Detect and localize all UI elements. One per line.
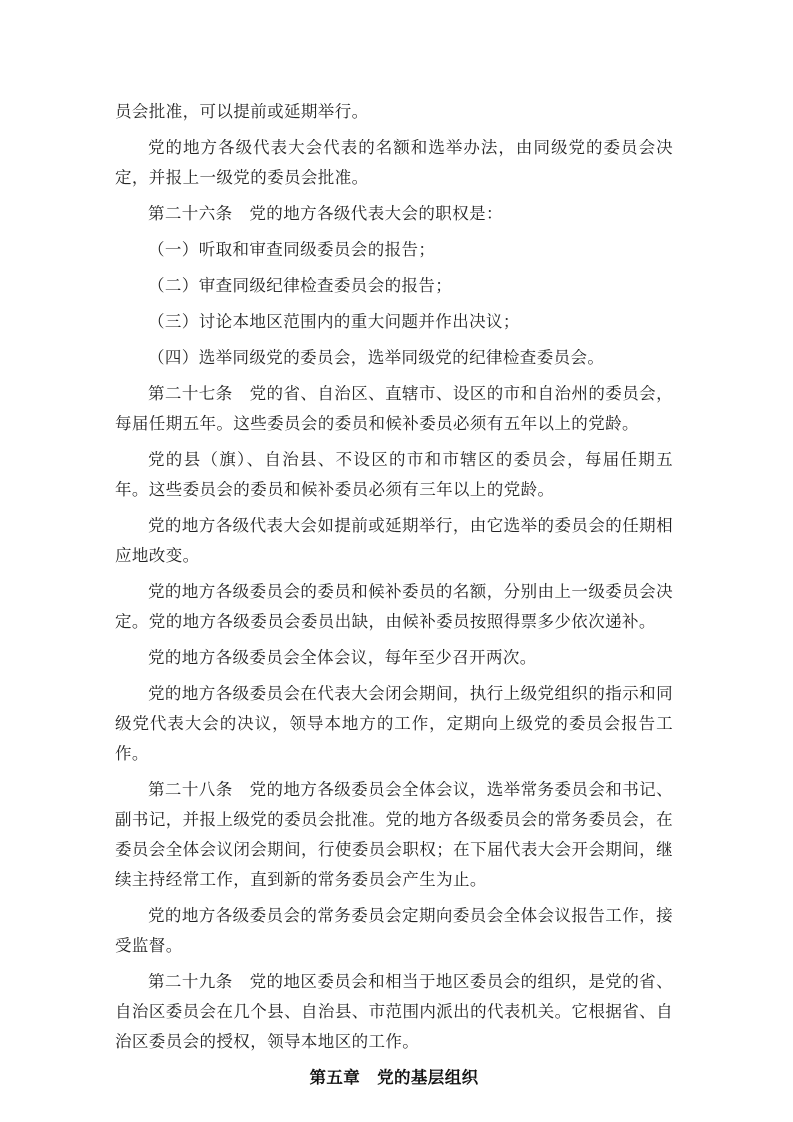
paragraph-member-quota: 党的地方各级委员会的委员和候补委员的名额，分别由上一级委员会决定。党的地方各级委… [115, 577, 673, 637]
article-27: 第二十七条 党的省、自治区、直辖市、设区的市和自治州的委员会，每届任期五年。这些… [115, 379, 673, 439]
article-26-item-3: （三）讨论本地区范围内的重大问题并作出决议； [115, 307, 673, 337]
paragraph-delegate-quota: 党的地方各级代表大会代表的名额和选举办法，由同级党的委员会决定，并报上一级党的委… [115, 133, 673, 193]
paragraph-term-change: 党的地方各级代表大会如提前或延期举行，由它选举的委员会的任期相应地改变。 [115, 511, 673, 571]
article-26-item-2: （二）审查同级纪律检查委员会的报告； [115, 271, 673, 301]
article-26-item-1: （一）听取和审查同级委员会的报告； [115, 235, 673, 265]
article-26-item-4: （四）选举同级党的委员会，选举同级党的纪律检查委员会。 [115, 343, 673, 373]
paragraph-standing-committee-report: 党的地方各级委员会的常务委员会定期向委员会全体会议报告工作，接受监督。 [115, 901, 673, 961]
document-page: 员会批准，可以提前或延期举行。 党的地方各级代表大会代表的名额和选举办法，由同级… [115, 97, 673, 1093]
article-28: 第二十八条 党的地方各级委员会全体会议，选举常务委员会和书记、副书记，并报上级党… [115, 775, 673, 895]
chapter-heading: 第五章 党的基层组织 [115, 1063, 673, 1093]
paragraph-county-committees: 党的县（旗）、自治县、不设区的市和市辖区的委员会，每届任期五年。这些委员会的委员… [115, 445, 673, 505]
paragraph-plenary-sessions: 党的地方各级委员会全体会议，每年至少召开两次。 [115, 643, 673, 673]
article-26: 第二十六条 党的地方各级代表大会的职权是： [115, 199, 673, 229]
paragraph-continuation: 员会批准，可以提前或延期举行。 [115, 97, 673, 127]
article-29: 第二十九条 党的地区委员会和相当于地区委员会的组织，是党的省、自治区委员会在几个… [115, 967, 673, 1057]
paragraph-committee-duties: 党的地方各级委员会在代表大会闭会期间，执行上级党组织的指示和同级党代表大会的决议… [115, 679, 673, 769]
